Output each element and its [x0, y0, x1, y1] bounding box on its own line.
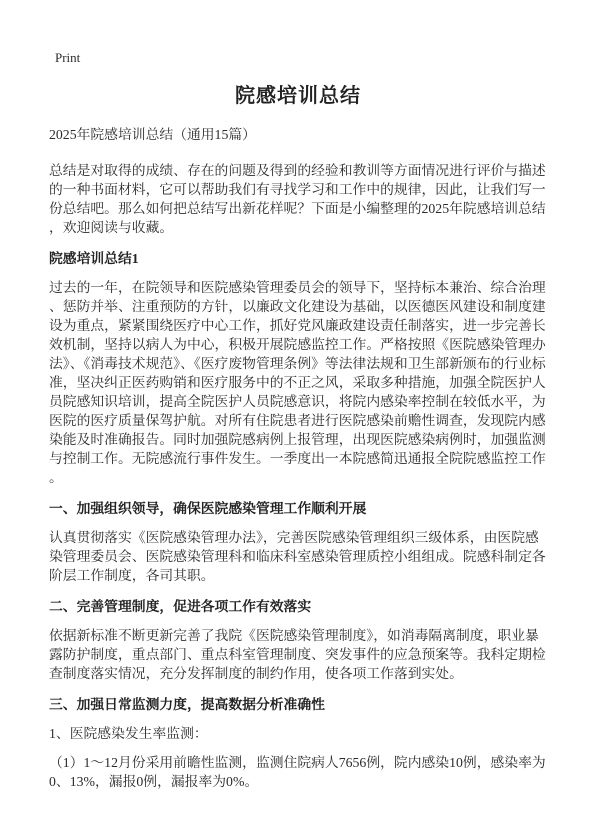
- intro-paragraph: 总结是对取得的成绩、存在的问题及得到的经验和教训等方面情况进行评价与描述的一种书…: [49, 161, 547, 237]
- section-heading-1: 院感培训总结1: [49, 249, 547, 268]
- print-button[interactable]: Print: [55, 50, 80, 66]
- subsection-one-body: 认真贯彻落实《医院感染管理办法》，完善医院感染管理组织三级体系，由医院感染管理委…: [49, 528, 547, 585]
- monitoring-item-detail: （1）1～12月份采用前瞻性监测，监测住院病人7656例，院内感染10例，感染率…: [49, 753, 547, 791]
- subsection-heading-one: 一、加强组织领导，确保医院感染管理工作顺利开展: [49, 499, 547, 518]
- subsection-heading-three: 三、加强日常监测力度，提高数据分析准确性: [49, 695, 547, 714]
- subsection-two-body: 依据新标准不断更新完善了我院《医院感染管理制度》，如消毒隔离制度，职业暴露防护制…: [49, 626, 547, 683]
- page-title: 院感培训总结: [49, 84, 547, 108]
- subsection-heading-two: 二、完善管理制度，促进各项工作有效落实: [49, 597, 547, 616]
- doc-subtitle: 2025年院感培训总结（通用15篇）: [49, 125, 547, 144]
- spacer: [49, 144, 547, 151]
- monitoring-item-label: 1、医院感染发生率监测：: [49, 724, 547, 743]
- document-page: Print 院感培训总结 2025年院感培训总结（通用15篇） 总结是对取得的成…: [0, 0, 600, 828]
- section-1-body: 过去的一年，在院领导和医院感染管理委员会的领导下，坚持标本兼治、综合治理、惩防并…: [49, 278, 547, 487]
